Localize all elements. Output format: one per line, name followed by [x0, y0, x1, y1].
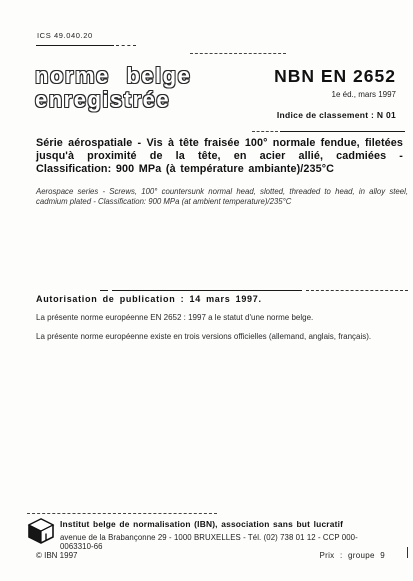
classification-index: Indice de classement : N 01: [274, 110, 396, 120]
norme-belge-logo: norme belge enregistrée: [35, 64, 191, 112]
title-french: Série aérospatiale - Vis à tête fraisée …: [36, 137, 403, 175]
standard-reference: NBN EN 2652: [274, 66, 396, 87]
top-right-dashed-rule: [190, 53, 286, 54]
ics-underline-dashes: [116, 45, 136, 46]
middle-rule-solid: [112, 290, 302, 291]
ibn-cube-logo: [27, 517, 55, 545]
status-line-2: La présente norme européenne existe en t…: [36, 332, 371, 341]
title-rule: [280, 131, 405, 132]
standard-cover-page: ICS 49.040.20 norme belge enregistrée NB…: [0, 0, 413, 581]
copyright-notice: © IBN 1997: [36, 551, 77, 560]
institute-block: Institut belge de normalisation (IBN), a…: [60, 519, 390, 551]
status-line-1: La présente norme européenne EN 2652 : 1…: [36, 313, 313, 322]
reference-block: NBN EN 2652 1e éd., mars 1997 Indice de …: [274, 66, 396, 120]
edition-date: 1e éd., mars 1997: [274, 90, 396, 99]
institute-name: Institut belge de normalisation (IBN), a…: [60, 519, 390, 529]
middle-rule-dashed: [306, 290, 408, 291]
institute-address: avenue de la Brabançonne 29 - 1000 BRUXE…: [60, 533, 390, 551]
title-rule-dashes: [252, 131, 278, 132]
publication-authorization: Autorisation de publication : 14 mars 19…: [36, 294, 262, 304]
footer-dashed-rule: [27, 513, 217, 514]
logo-line-2: enregistrée: [35, 88, 191, 112]
price-group: Prix : groupe 9: [319, 551, 385, 560]
ics-underline: [36, 45, 114, 46]
title-english: Aerospace series - Screws, 100° counters…: [36, 187, 408, 206]
scan-edge-mark: [407, 547, 409, 558]
ics-code: ICS 49.040.20: [37, 31, 93, 40]
logo-line-1: norme belge: [35, 64, 191, 88]
middle-rule-segment: [100, 290, 108, 291]
